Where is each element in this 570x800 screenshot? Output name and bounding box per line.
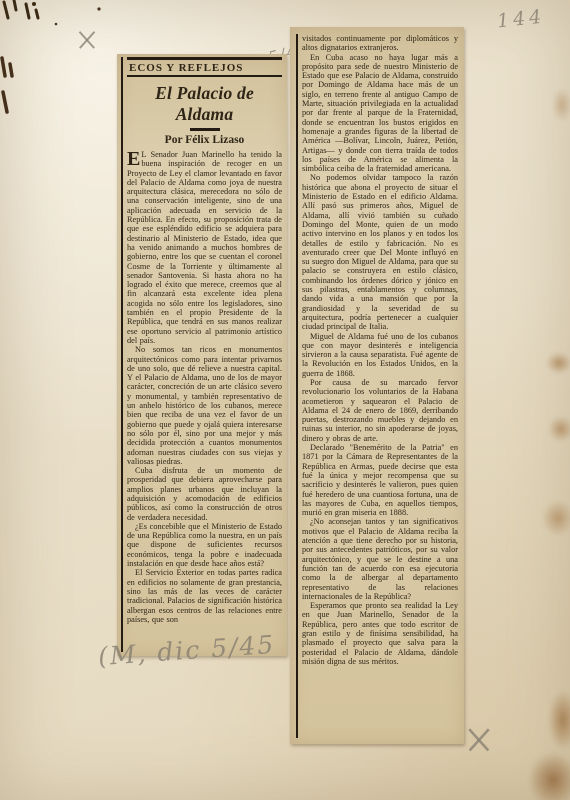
- paragraph: Por causa de su marcado fervor revolucio…: [302, 378, 458, 443]
- pencil-x-mark-top: [78, 30, 96, 50]
- newspaper-clipping-left: ECOS Y REFLEJOS El Palacio de Aldama Por…: [117, 54, 287, 656]
- paragraph: Cuba disfruta de un momento de prosperid…: [127, 466, 282, 522]
- drop-cap: E: [127, 151, 141, 167]
- stain: [552, 88, 570, 122]
- paragraph: Esperamos que pronto sea realidad la Ley…: [302, 601, 458, 666]
- pencil-page-number: 144: [496, 6, 546, 33]
- stain: [542, 500, 570, 536]
- paragraph: No somos tan ricos en monumentos arquite…: [127, 345, 282, 466]
- section-header: ECOS Y REFLEJOS: [127, 57, 282, 77]
- newspaper-clipping-right: visitados continuamente por diplomáticos…: [290, 27, 464, 744]
- stain: [528, 752, 570, 800]
- paragraph: ¿Es concebible que el Ministerio de Esta…: [127, 522, 282, 568]
- paragraph: Miguel de Aldama fué uno de los cubanos …: [302, 332, 458, 378]
- stain: [548, 416, 570, 442]
- stain: [546, 352, 570, 374]
- paragraph-text: L Senador Juan Marinello ha tenido la bu…: [127, 150, 282, 345]
- scanned-album-page: 144 dic 5/45 ul ECOS Y REFLEJOS El Palac…: [0, 0, 570, 800]
- paragraph: EL Senador Juan Marinello ha tenido la b…: [127, 150, 282, 345]
- paragraph: ¿No aconsejan tantos y tan significativo…: [302, 517, 458, 601]
- paragraph: El Servicio Exterior en todas partes rad…: [127, 568, 282, 624]
- paragraph: No podemos olvidar tampoco la razón hist…: [302, 173, 458, 331]
- paragraph: visitados continuamente por diplomáticos…: [302, 34, 458, 53]
- paragraph: En Cuba acaso no haya lugar más a propós…: [302, 53, 458, 174]
- ink-blot-marks: [0, 0, 120, 130]
- stain: [548, 690, 570, 750]
- pencil-x-mark-bottom: [467, 727, 490, 753]
- title-divider: [190, 128, 220, 131]
- article-byline: Por Félix Lizaso: [127, 134, 282, 146]
- article-title: El Palacio de Aldama: [127, 83, 282, 125]
- paragraph: Declarado "Benemérito de la Patria" en 1…: [302, 443, 458, 517]
